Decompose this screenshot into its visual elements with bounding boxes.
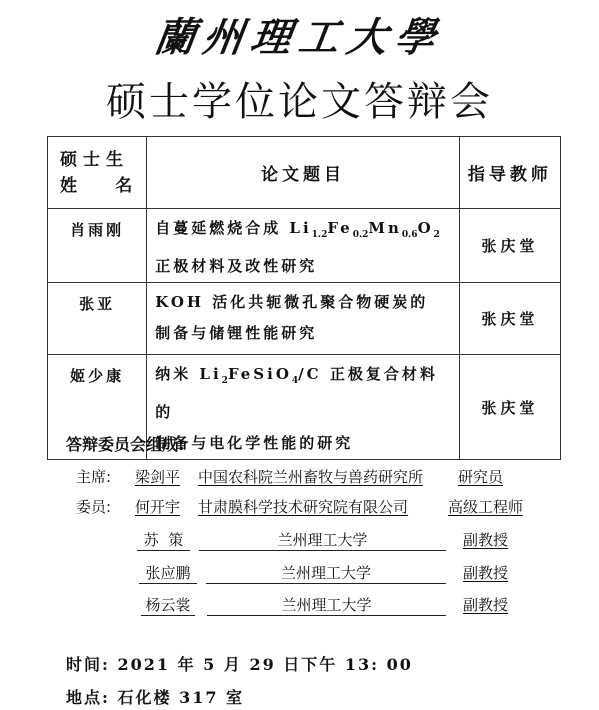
page-title: 硕士学位论文答辩会 [0,70,599,127]
advisor-name: 张庆堂 [459,209,560,283]
table-row: 张亚 KOH 活化共轭微孔聚合物硬炭的 制备与储锂性能研究 张庆堂 [48,283,561,355]
committee-member-title: 副教授 [463,562,508,583]
header-name-b: 名 [115,173,132,199]
topic-line2: 制备与电化学性能的研究 [155,428,453,459]
place-label: 地点: [66,688,110,707]
thesis-topic: 纳米 Li2FeSiO4/C 正极复合材料的 制备与电化学性能的研究 [147,355,460,460]
defense-location: 地点: 石化楼 317 室 [66,685,244,708]
student-name: 肖雨刚 [48,209,147,283]
advisor-name: 张庆堂 [459,283,560,355]
chem-formula: Li2FeSiO4/C [199,365,321,383]
header-advisor: 指导教师 [459,137,560,209]
advisor-name: 张庆堂 [459,355,560,460]
thesis-topic: 自蔓延燃烧合成 Li1.2Fe0.2Mn0.6O2 正极材料及改性研究 [147,209,460,283]
topic-line1: KOH 活化共轭微孔聚合物硬炭的 [155,287,453,318]
defense-time: 时间: 2021 年 5 月 29 日下午 13: 00 [66,652,413,675]
time-label: 时间: [66,655,110,674]
committee-chair-title: 研究员 [458,466,503,487]
header-name-line1: 硕士生 [60,147,146,173]
committee-member-org: 甘肃膜科学技术研究院有限公司 [198,496,408,517]
topic-line2: 正极材料及改性研究 [155,251,453,282]
committee-chair-name: 梁剑平 [135,466,180,487]
committee-member-org: 兰州理工大学 [207,594,446,616]
topic-prefix: 自蔓延燃烧合成 [155,219,289,237]
committee-member-title: 副教授 [463,529,508,550]
committee-member-title: 副教授 [463,594,508,615]
student-name: 张亚 [48,283,147,355]
committee-chair-org: 中国农科院兰州畜牧与兽药研究所 [198,466,423,487]
committee-members-role: 委员: [76,496,111,517]
header-name-a: 姓 [60,173,77,199]
header-student-name: 硕士生 姓名 [48,137,147,209]
header-thesis-topic: 论文题目 [147,137,460,209]
committee-heading: 答辩委员会组成: [66,432,184,455]
thesis-topic: KOH 活化共轭微孔聚合物硬炭的 制备与储锂性能研究 [147,283,460,355]
table-header-row: 硕士生 姓名 论文题目 指导教师 [48,137,561,209]
committee-member-name: 杨云裳 [141,594,195,616]
time-value: 2021 年 5 月 29 日下午 13: 00 [118,655,413,674]
committee-member-name: 苏 策 [137,529,190,551]
topic-line1: 自蔓延燃烧合成 Li1.2Fe0.2Mn0.6O2 [155,213,453,251]
chem-formula: Li1.2Fe0.2Mn0.6O2 [289,219,440,237]
header-name-line2: 姓名 [60,173,146,199]
committee-member-name: 张应鹏 [139,562,197,584]
committee-member-name: 何开宇 [135,496,180,517]
topic-prefix: 纳米 [155,365,199,383]
place-value: 石化楼 317 室 [118,688,245,707]
university-logo-calligraphy: 蘭州理工大學 [0,6,599,63]
committee-member-org: 兰州理工大学 [199,529,446,551]
committee-chair-role: 主席: [76,466,111,487]
committee-member-title: 高级工程师 [448,496,523,517]
table-row: 肖雨刚 自蔓延燃烧合成 Li1.2Fe0.2Mn0.6O2 正极材料及改性研究 … [48,209,561,283]
thesis-table: 硕士生 姓名 论文题目 指导教师 肖雨刚 自蔓延燃烧合成 Li1.2Fe0.2M… [47,136,561,460]
committee-member-org: 兰州理工大学 [206,562,446,584]
topic-line1: 纳米 Li2FeSiO4/C 正极复合材料的 [155,359,453,428]
topic-line2: 制备与储锂性能研究 [155,318,453,349]
